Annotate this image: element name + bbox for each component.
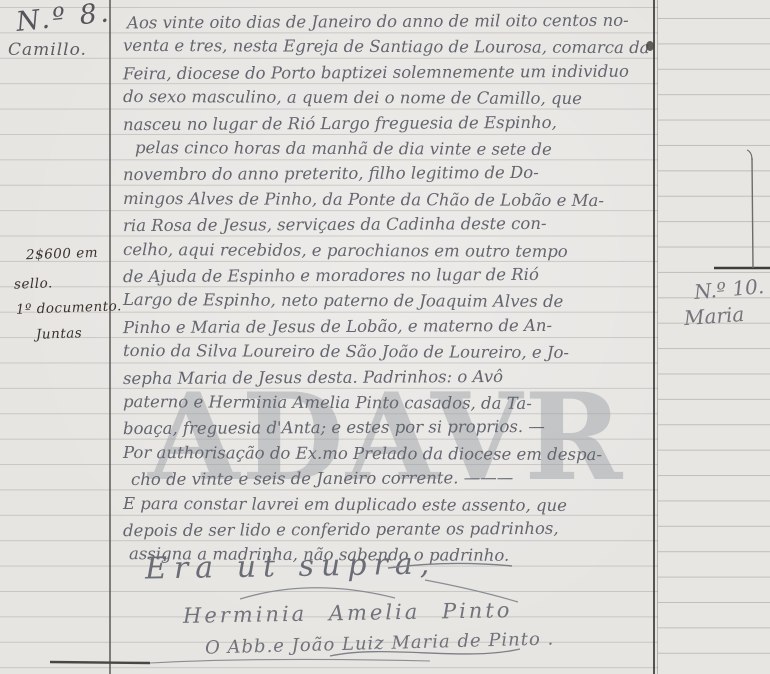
body-line: celho, aqui recebidos, e parochianos em … xyxy=(123,240,568,262)
body-line: Pinho e Maria de Jesus de Lobão, e mater… xyxy=(123,316,552,338)
body-line: paterno e Herminia Amelia Pinto casados,… xyxy=(123,392,532,414)
margin-note-line: sello. xyxy=(14,275,53,292)
body-line: novembro do anno preterito, filho legiti… xyxy=(123,163,539,185)
body-line: venta e tres, nesta Egreja de Santiago d… xyxy=(123,36,650,58)
body-line: cho de vinte e seis de Janeiro corrente.… xyxy=(131,468,513,490)
body-line: Feira, diocese do Porto baptizei solemne… xyxy=(123,61,629,84)
closing-formula: Era ut supra, xyxy=(145,546,437,586)
margin-note-line: 2$600 em xyxy=(26,245,99,264)
manuscript-body: Aos vinte oito dias de Janeiro do anno d… xyxy=(123,0,655,560)
body-line: boaça, freguesia d'Anta; e estes por si … xyxy=(123,417,545,439)
margin-note-line: 1º documento. xyxy=(16,298,122,318)
body-line: Por authorisação do Ex.mo Prelado da dio… xyxy=(123,443,602,465)
body-line: sepha Maria de Jesus desta. Padrinhos: o… xyxy=(123,367,503,389)
body-line: depois de ser lido e conferido perante o… xyxy=(123,519,559,541)
next-page-column xyxy=(658,0,770,674)
body-line: Aos vinte oito dias de Janeiro do anno d… xyxy=(127,11,629,34)
body-line: E para constar lavrei em duplicado este … xyxy=(123,494,567,516)
next-record-name: Maria xyxy=(683,302,745,330)
priest-signature: O Abb.e João Luiz Maria de Pinto . xyxy=(205,628,555,658)
left-margin-rule xyxy=(109,0,111,674)
record-name: Camillo. xyxy=(8,40,87,60)
body-line: mingos Alves de Pinho, da Ponte da Chão … xyxy=(123,189,604,211)
record-number: N.º 8. xyxy=(15,0,113,38)
margin-note-line: Juntas xyxy=(36,325,83,343)
body-line: do sexo masculino, a quem dei o nome de … xyxy=(123,87,582,109)
body-line: Largo de Espinho, neto paterno de Joaqui… xyxy=(123,290,563,312)
godmother-signature: Herminia Amelia Pinto xyxy=(183,598,513,628)
register-scan-page: ADAVR N.º 8. Camillo. 2$600 em sello. 1º… xyxy=(0,0,770,674)
body-line: nasceu no lugar de Rió Largo freguesia d… xyxy=(123,112,557,134)
body-line: pelas cinco horas da manhã de dia vinte … xyxy=(135,138,552,160)
body-line: de Ajuda de Espinho e moradores no lugar… xyxy=(123,265,539,287)
body-line: tonio da Silva Loureiro de São João de L… xyxy=(123,341,569,363)
body-line: ria Rosa de Jesus, serviçaes da Cadinha … xyxy=(123,214,547,236)
main-column-rule-shadow xyxy=(657,0,658,674)
